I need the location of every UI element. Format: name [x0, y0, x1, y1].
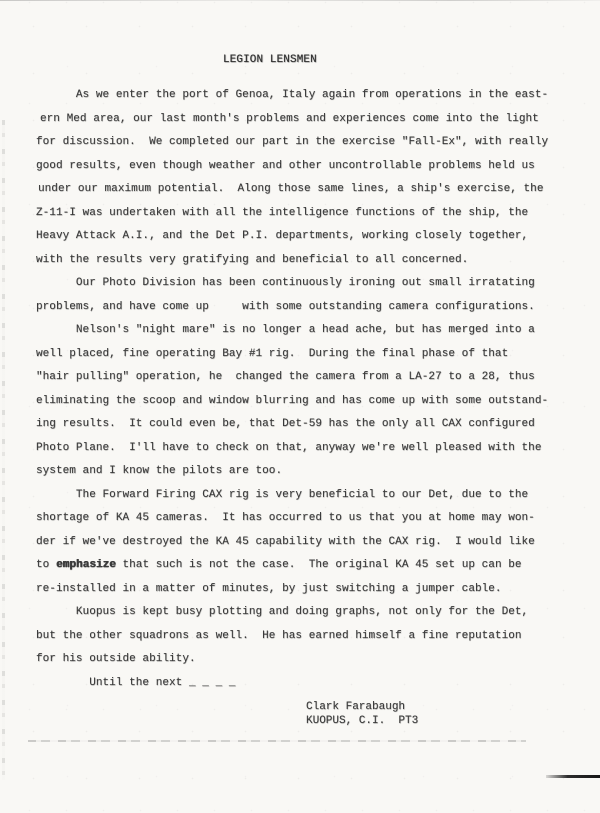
document-body: As we enter the port of Genoa, Italy aga… [36, 84, 592, 695]
text-line: but the other squadrons as well. He has … [36, 625, 592, 649]
text-line: Until the next _ _ _ _ [36, 672, 592, 696]
scan-artifact-corner-mark [546, 775, 600, 778]
text-line: "hair pulling" operation, he changed the… [36, 366, 592, 390]
text-line: As we enter the port of Genoa, Italy aga… [36, 84, 592, 108]
text-line: for discussion. We completed our part in… [36, 131, 592, 155]
text-line: under our maximum potential. Along those… [38, 178, 594, 202]
text-line: Kuopus is kept busy plotting and doing g… [36, 601, 592, 625]
signature-block: Clark Farabaugh KUOPUS, C.I. PT3 [306, 701, 418, 728]
text-line: Z-11-I was undertaken with all the intel… [36, 202, 592, 226]
text-line: Photo Plane. I'll have to check on that,… [36, 437, 592, 461]
scan-artifact-top-edge [0, 0, 600, 1]
text-line: der if we've destroyed the KA 45 capabil… [36, 531, 592, 555]
scan-artifact-left-edge [2, 120, 5, 780]
text-line: re-installed in a matter of minutes, by … [36, 578, 592, 602]
scan-artifact-page-bottom-line [28, 740, 526, 742]
signature-role: KUOPUS, C.I. PT3 [306, 715, 418, 729]
text-line: well placed, fine operating Bay #1 rig. … [36, 343, 592, 367]
signature-name: Clark Farabaugh [306, 701, 418, 715]
text-line: good results, even though weather and ot… [36, 155, 592, 179]
text-line: eliminating the scoop and window blurrin… [36, 390, 592, 414]
text-line: system and I know the pilots are too. [36, 460, 592, 484]
text-line: with the results very gratifying and ben… [36, 249, 592, 273]
text-line: ing results. It could even be, that Det-… [36, 413, 592, 437]
text-line: shortage of KA 45 cameras. It has occurr… [36, 507, 592, 531]
text-line: Heavy Attack A.I., and the Det P.I. depa… [36, 225, 592, 249]
emphasized-word: emphasize [56, 559, 116, 571]
text-line: to emphasize that such is not the case. … [36, 554, 592, 578]
text-line: problems, and have come up with some out… [36, 296, 592, 320]
text-line: Our Photo Division has been continuously… [36, 272, 592, 296]
document-title: LEGION LENSMEN [223, 54, 317, 66]
text-line: for his outside ability. [36, 648, 592, 672]
text-line: Nelson's "night mare" is no longer a hea… [36, 319, 592, 343]
document-page: LEGION LENSMEN As we enter the port of G… [0, 0, 600, 813]
text-line: The Forward Firing CAX rig is very benef… [36, 484, 592, 508]
text-line: ern Med area, our last month's problems … [40, 108, 596, 132]
